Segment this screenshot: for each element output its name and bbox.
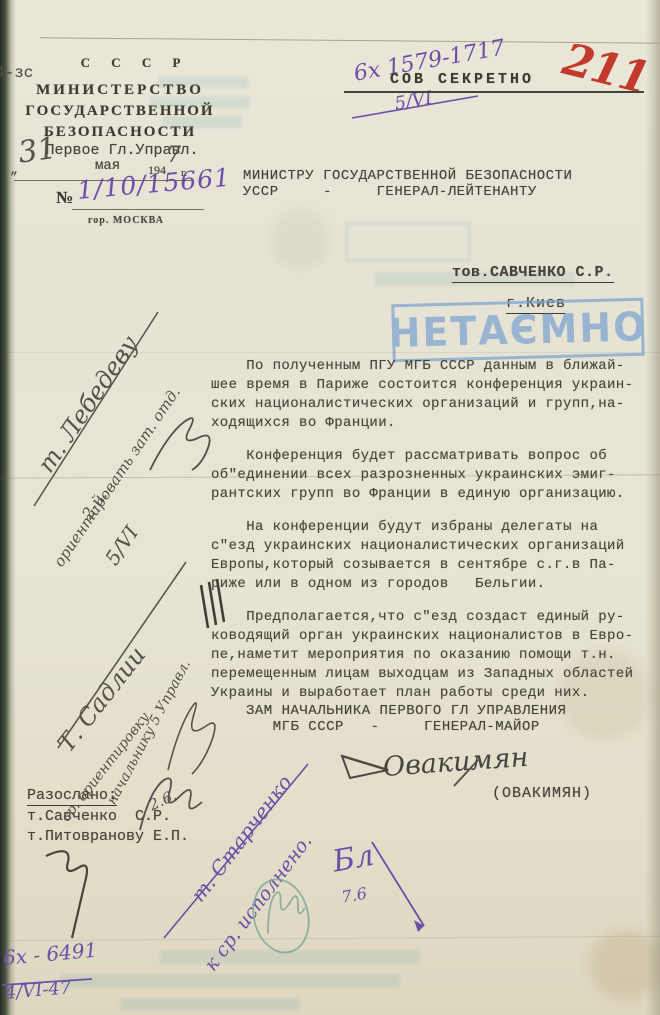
document-page: С С С Р 4-зс МИНИСТЕРСТВО ГОСУДАРСТВЕННО… <box>0 0 660 1015</box>
margin-emphasis-mark <box>201 585 208 628</box>
margin-note1-initials-flourish <box>150 418 210 470</box>
margin-note1-slash <box>34 312 158 506</box>
margin-note2-slash <box>58 562 186 748</box>
purple-arrow-line <box>372 842 424 926</box>
resolution-slash <box>164 764 308 938</box>
margin-emphasis-mark <box>217 579 224 622</box>
margin-emphasis-mark <box>209 582 216 625</box>
margin-note2-initials-flourish <box>168 703 215 774</box>
teal-circled-initials <box>246 874 316 959</box>
handwriting-strokes-overlay <box>0 0 660 1015</box>
purple-arrow-head <box>414 920 424 932</box>
pencil-scribble <box>140 778 202 830</box>
teal-circle <box>246 874 316 959</box>
pencil-flourish <box>46 851 87 938</box>
